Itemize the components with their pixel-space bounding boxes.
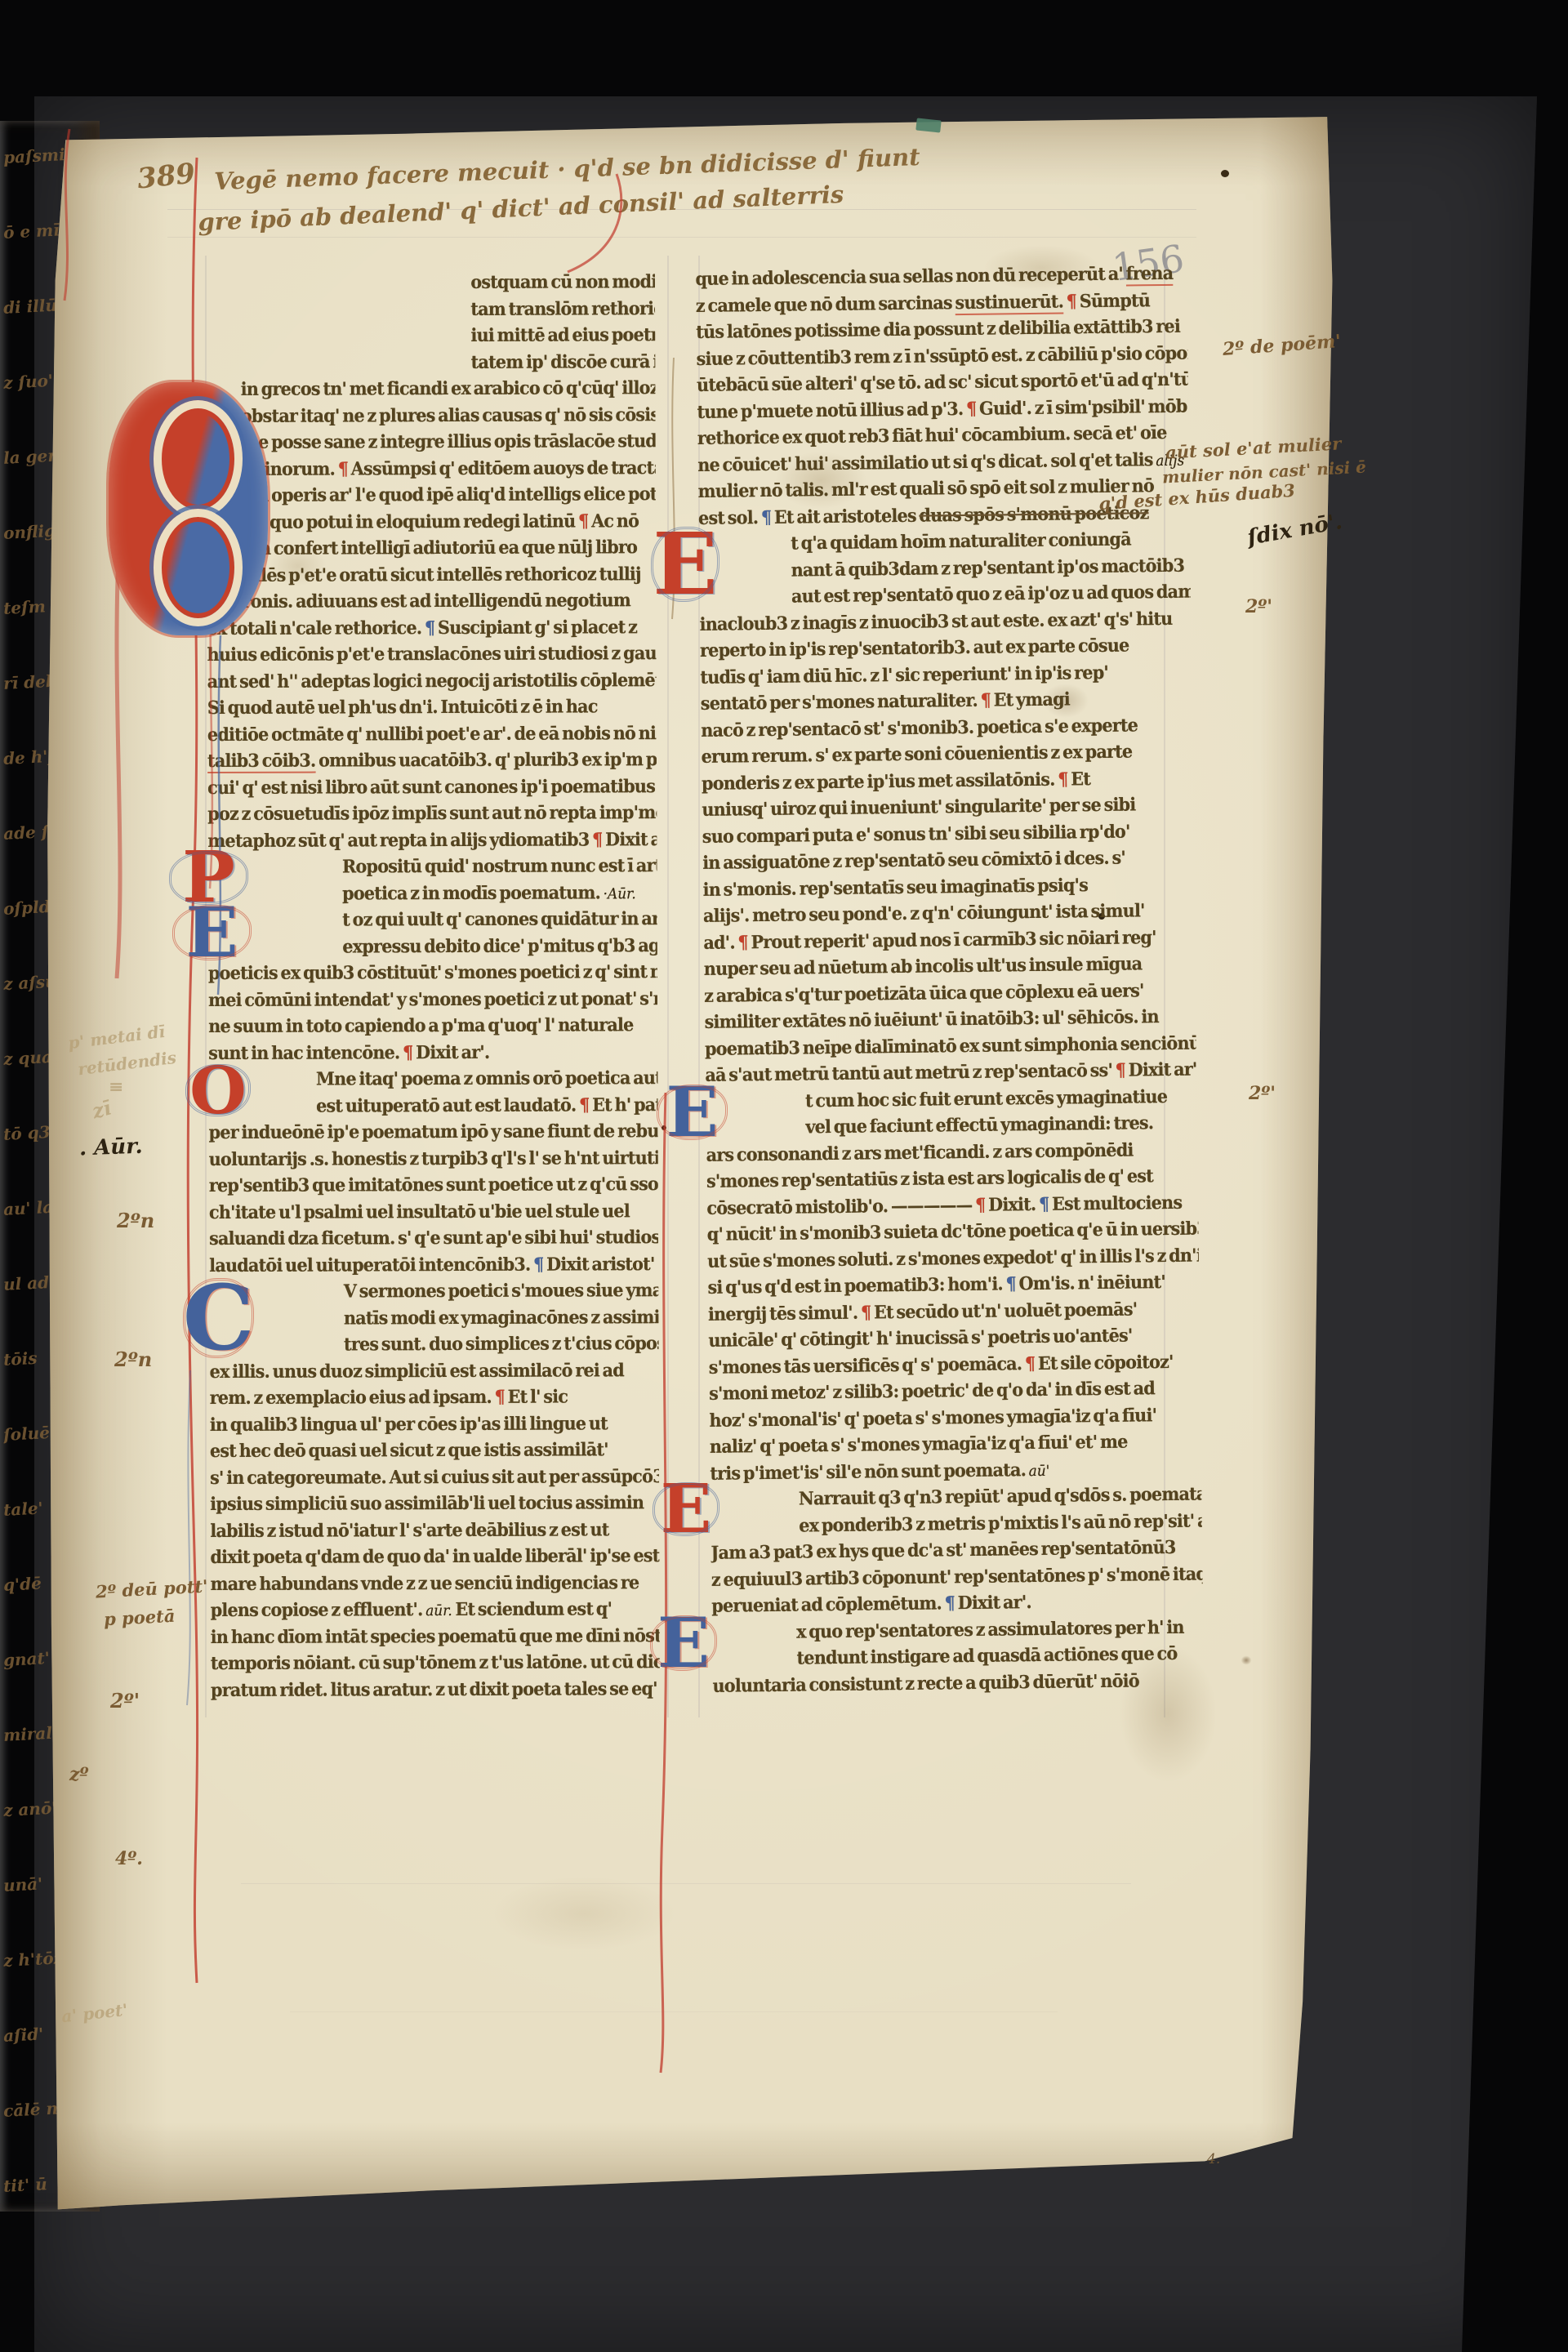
text-line: cui' q' est nisi libro aūt sunt canones … bbox=[207, 773, 657, 801]
text-segment: x quo rep'sentatores z assimulatores per… bbox=[796, 1616, 1184, 1642]
column-left: ostquam cū non modico labore consūmauita… bbox=[206, 269, 688, 1704]
text-segment: ne cōuicet' hui' assimilatio ut si q's d… bbox=[697, 449, 1156, 476]
text-line: V sermones poetici s'moues siue ymagi bbox=[209, 1277, 658, 1305]
text-segment: frena bbox=[1125, 263, 1173, 287]
pilcrow-mark: ¶ bbox=[425, 617, 435, 639]
text-segment: poetica z in modīs poematum. bbox=[342, 882, 604, 904]
text-segment: vel que faciunt effectū ymaginandi: tres… bbox=[805, 1112, 1153, 1138]
margin-note: 2º' bbox=[1249, 1083, 1276, 1104]
text-segment: rethorice ex quot reb3 fiāt hui' cōcambi… bbox=[697, 422, 1167, 449]
text-segment: Et ymagi bbox=[991, 688, 1070, 710]
text-line: per indueōnē ip'e poematum ipō y sane fi… bbox=[209, 1118, 658, 1146]
text-segment: rem. z exemplacio eius ad ipsam. bbox=[210, 1387, 495, 1409]
margin-note: p poetā bbox=[103, 1606, 176, 1630]
text-segment: hoz' s'monal'is' q' poeta s' s'mones yma… bbox=[709, 1405, 1156, 1432]
margin-note: zº bbox=[69, 1764, 89, 1785]
quire-number: 389 bbox=[136, 157, 197, 195]
text-line: Si quod autē uel ph'us dn'i. Intuicōti z… bbox=[207, 693, 657, 721]
text-segment: mulier nō talis. ml'r est quali sō spō e… bbox=[698, 475, 1155, 502]
text-line: ant sed' h'' adeptas logici negocij aris… bbox=[207, 667, 657, 695]
ruling-line bbox=[167, 237, 1196, 238]
text-segment: in hanc dīom intāt species poematū que m… bbox=[211, 1625, 660, 1648]
text-segment: ·Aūr. bbox=[604, 885, 636, 902]
text-segment: poematib3 neīpe dialīminatō ex sunt simp… bbox=[705, 1032, 1196, 1059]
text-segment: talib3 cōib3. bbox=[207, 751, 316, 773]
text-line: poetica z in modīs poematum. ·Aūr. bbox=[208, 880, 657, 907]
text-segment: poz z cōsuetudīs ipōz implīs sunt aut nō… bbox=[207, 802, 657, 825]
text-segment: Dixit. bbox=[985, 1193, 1039, 1215]
text-segment: Om'is. n' inēiunt' bbox=[1016, 1272, 1165, 1294]
text-segment: Dixit ar' bbox=[1125, 1059, 1196, 1081]
text-segment: Est multociens bbox=[1049, 1192, 1182, 1214]
text-segment: Et l' sic bbox=[505, 1386, 568, 1407]
text-line: ex totali n'cale rethorice. ¶ Suscipiant… bbox=[207, 614, 656, 642]
text-line: nullum confert intelligī adiutoriū ea qu… bbox=[207, 534, 656, 562]
text-segment: Dixit ar'. bbox=[955, 1592, 1031, 1614]
text-line: sunt in hac intencōne. ¶ Dixit ar'. bbox=[208, 1039, 657, 1067]
text-segment: natīs modi ex ymaginacōnes z assimilacōi… bbox=[344, 1306, 659, 1329]
text-line: est hec deō quasi uel sicut z que istis … bbox=[210, 1437, 659, 1464]
text-segment: s' in categoreumate. Aut si cuius sit au… bbox=[210, 1466, 659, 1489]
text-segment: Si quod autē uel ph'us dn'i. Intuicōti z… bbox=[207, 696, 598, 719]
text-segment: per indueōnē ip'e poematum ipō y sane fi… bbox=[209, 1120, 658, 1143]
text-segment: tūs latōnes potissime dia possunt z deli… bbox=[696, 316, 1180, 343]
pilcrow-mark: ¶ bbox=[1039, 1193, 1049, 1214]
pilcrow-mark: ¶ bbox=[966, 398, 977, 419]
text-segment: aūr. bbox=[425, 1602, 452, 1619]
text-line: rem. z exemplacio eius ad ipsam. ¶ Et l'… bbox=[210, 1383, 659, 1411]
ruling-line bbox=[241, 1883, 1131, 1884]
text-line: plens copiose z effluent'. aūr. Et scien… bbox=[211, 1596, 660, 1624]
text-segment: tune p'muete notū illius ad p'3. bbox=[697, 398, 966, 422]
text-segment: Ropositū quid' nostrum nunc est ī arte bbox=[342, 855, 657, 877]
text-segment: Dixit ar' bbox=[602, 829, 657, 850]
text-segment: similiter extātes nō iuēiunt' ū inatōib3… bbox=[704, 1006, 1159, 1033]
text-line: rep'sentib3 que imitatōnes sunt poetice … bbox=[209, 1171, 658, 1199]
margin-note: 4º. bbox=[115, 1848, 143, 1869]
text-line: expressu debito dice' p'mitus q'b3 agat … bbox=[208, 933, 657, 960]
text-segment: ne suum in toto capiendo a p'ma q'uoq' l… bbox=[208, 1014, 633, 1037]
text-segment: unicāle' q' cōtingit' h' inucissā s' poe… bbox=[708, 1325, 1132, 1352]
text-line: l' intellēs p'et'e oratū sicut intellēs … bbox=[207, 561, 656, 589]
text-line: poeticis ex quib3 cōstituūt' s'mones poe… bbox=[208, 959, 657, 987]
text-segment: ponderis z ex parte ip'ius met assilatōn… bbox=[702, 768, 1058, 794]
text-segment: sentatō per s'mones naturaliter. bbox=[701, 690, 981, 715]
text-segment: nacō z rep'sentacō st' s'monib3. poetica… bbox=[701, 715, 1138, 742]
text-segment: Sūmptū bbox=[1076, 290, 1150, 312]
text-line: tres sunt. duo simplices z t'cius cōposi… bbox=[209, 1330, 658, 1358]
text-segment: tris p'imet'is' sil'e nōn sunt poemata. bbox=[710, 1459, 1029, 1485]
text-line: iui mittē ad eius poetriā p' tn' uiam di… bbox=[206, 322, 655, 350]
text-segment: tam translōm rethorice aristotilis nolen… bbox=[470, 297, 655, 320]
text-segment: ipō z in quo potui in eloquium redegi la… bbox=[207, 510, 578, 533]
text-segment: obstar itaq' ne z plures alias causas q'… bbox=[241, 403, 656, 426]
text-segment: tendunt instigare ad quasdā actiōnes que… bbox=[796, 1643, 1177, 1669]
text-line: editiōe octmāte q' nullibi poet'e ar'. d… bbox=[207, 720, 657, 748]
text-segment: in s'monis. rep'sentatīs seu imaginatīs … bbox=[702, 875, 1088, 901]
text-segment: aū' bbox=[1029, 1462, 1050, 1479]
text-segment: Et ait aristoteles bbox=[771, 505, 919, 528]
text-segment: expressu debito dice' p'mitus q'b3 agat … bbox=[342, 934, 657, 957]
text-segment: aā s'aut metrū tantū aut metrū z rep'sen… bbox=[705, 1060, 1116, 1086]
text-segment: cui' q' est nisi libro aūt sunt canones … bbox=[207, 776, 655, 799]
text-segment: temporis nōiant. cū sup'tōnem z t'us lat… bbox=[211, 1651, 660, 1674]
bookmark-tab bbox=[915, 118, 941, 132]
text-line: ipō z in quo potui in eloquium redegi la… bbox=[207, 508, 656, 536]
pilcrow-mark: ¶ bbox=[578, 510, 589, 532]
text-line: tam translōm rethorice aristotilis nolen… bbox=[206, 296, 655, 323]
pilcrow-mark: ¶ bbox=[592, 829, 603, 850]
text-segment: iui mittē ad eius poetriā p' tn' uiam di… bbox=[470, 323, 655, 346]
text-segment: est sol. bbox=[698, 507, 761, 529]
text-segment: suo compari puta e' sonus tn' sibi seu s… bbox=[702, 821, 1130, 847]
text-segment: in grecos tn' met ficandi ex arabico cō … bbox=[241, 377, 656, 400]
text-segment: ciceronis. adiuuans est ad intelligendū … bbox=[207, 590, 630, 612]
text-segment: tres sunt. duo simplices z t'cius cōposi… bbox=[344, 1333, 659, 1356]
pilcrow-mark: ¶ bbox=[761, 506, 772, 528]
text-line: talib3 cōib3. omnibus uacatōib3. q' plur… bbox=[207, 746, 657, 774]
corner-mark: 4. bbox=[1207, 2151, 1220, 2167]
text-segment: ut sūe s'mones soluti. z s'mones expedot… bbox=[707, 1245, 1199, 1272]
text-segment: dei operis ar' l'e quod ipē aliq'd intel… bbox=[241, 483, 656, 506]
text-line: mare habundans vnde z z ue senciū indige… bbox=[210, 1570, 659, 1597]
text-segment: t oz qui uult q' canones quidātur in art… bbox=[342, 908, 657, 931]
text-segment: inergij tēs simul'. bbox=[708, 1302, 861, 1325]
text-segment: s'mones rep'sentatiūs z ista est ars log… bbox=[706, 1165, 1153, 1192]
text-segment: pratum ridet. litus aratur. z ut dixit p… bbox=[211, 1678, 657, 1701]
text-segment: uoluntarijs .s. honestis z turpib3 q'l's… bbox=[209, 1147, 658, 1169]
text-line: labilis z istud nō'iatur l' s'arte deābi… bbox=[210, 1517, 659, 1544]
text-segment: Mne itaq' poema z omnis orō poetica aut bbox=[316, 1067, 657, 1089]
pilcrow-mark: ¶ bbox=[579, 1094, 590, 1116]
text-line: temporis nōiant. cū sup'tōnem z t'us lat… bbox=[211, 1649, 660, 1677]
text-segment: Et sciendum est q' bbox=[452, 1598, 612, 1620]
text-line: latinorum. ¶ Assūmpsi q' editōem auoys d… bbox=[207, 455, 656, 483]
text-segment: ex totali n'cale rethorice. bbox=[207, 617, 425, 639]
text-segment: uniusq' uiroz qui inueniunt' singularite… bbox=[702, 794, 1135, 820]
text-segment: mei cōmūni intendat' y s'mones poetici z… bbox=[208, 988, 657, 1011]
text-segment: in qualib3 lingua ul' per cōes ip'as ill… bbox=[210, 1413, 608, 1436]
text-line: in qualib3 lingua ul' per cōes ip'as ill… bbox=[210, 1410, 659, 1438]
margin-note: 2º' bbox=[110, 1689, 140, 1713]
text-segment: l' intellēs p'et'e oratū sicut intellēs … bbox=[207, 563, 641, 586]
text-segment: Prout reperit' apud nos ī carmīb3 sic nō… bbox=[748, 927, 1156, 953]
text-segment: sunt in hac intencōne. bbox=[208, 1042, 403, 1064]
pilcrow-mark: ¶ bbox=[1116, 1060, 1126, 1081]
text-line: saluandi dza ficetum. s' q'e sunt ap'e s… bbox=[209, 1224, 658, 1252]
text-line: ch'itate u'l psalmi uel insultatō u'bie … bbox=[209, 1198, 658, 1226]
text-segment: sustinuerūt. bbox=[955, 291, 1063, 315]
text-segment: q' nūcit' in s'monib3 suieta dc'tōne poe… bbox=[707, 1218, 1199, 1245]
text-segment: in assiguatōne z rep'sentatō seu cōmixtō… bbox=[702, 848, 1125, 874]
text-segment: z camele que nō dum sarcinas bbox=[696, 292, 955, 317]
text-segment: s'moni metoz' z silib3: poetric' de q'o … bbox=[709, 1378, 1155, 1405]
text-line: obstar itaq' ne z plures alias causas q'… bbox=[207, 402, 656, 430]
text-segment: s'mones tās uersificēs q' s' poemāca. bbox=[709, 1353, 1025, 1379]
margin-note: 2ºn bbox=[114, 1347, 152, 1371]
text-line: pratum ridet. litus aratur. z ut dixit p… bbox=[211, 1676, 660, 1704]
pilcrow-mark: ¶ bbox=[495, 1387, 506, 1408]
text-segment: Dixit aristot' bbox=[543, 1254, 654, 1275]
pilcrow-mark: ¶ bbox=[944, 1592, 955, 1614]
pilcrow-mark: ¶ bbox=[1025, 1352, 1036, 1374]
pilcrow-mark: ¶ bbox=[1058, 768, 1068, 790]
text-segment: est uituperatō aut est laudatō. bbox=[316, 1094, 579, 1116]
text-segment: reperto in ip'is rep'sentatorib3. aut ex… bbox=[700, 635, 1129, 661]
text-segment: laudatōi uel uituperatōi intencōnib3. bbox=[209, 1254, 533, 1276]
text-line: ipsius simpliciū suo assimilāb'li uel to… bbox=[210, 1490, 659, 1517]
text-segment: naliz' q' poeta s' s'mones ymagīa'iz q'a… bbox=[710, 1432, 1128, 1458]
text-segment: aut est rep'sentatō quo z eā ip'oz u ad … bbox=[791, 581, 1191, 608]
text-segment: ad'. bbox=[703, 932, 737, 954]
text-segment: ex ponderib3 z metris p'mixtis l's aū nō… bbox=[799, 1509, 1202, 1536]
text-segment: editiōe octmāte q' nullibi poet'e ar'. d… bbox=[207, 723, 657, 746]
text-line: mei cōmūni intendat' y s'mones poetici z… bbox=[208, 986, 657, 1013]
text-segment: alijs'. metro seu pond'e. z q'n' cōiungu… bbox=[703, 900, 1145, 927]
pilcrow-mark: ¶ bbox=[861, 1302, 871, 1323]
text-segment: me posse sane z integre illius opis trās… bbox=[241, 430, 656, 453]
column-right: que in adolescencia sua sellas non dū re… bbox=[695, 260, 1235, 1699]
text-segment: Ac nō bbox=[588, 510, 639, 532]
text-line: ostquam cū non modico labore consūmaui bbox=[206, 269, 655, 296]
text-segment: siue z cōuttentib3 rem z ī n'ssūptō est.… bbox=[697, 342, 1188, 370]
text-segment: t q'a quidam hoīm naturaliter coniungā bbox=[791, 528, 1131, 554]
text-segment: Dixit ar'. bbox=[412, 1041, 489, 1062]
text-segment: z equiuul3 artib3 cōponunt' rep'sentatōn… bbox=[711, 1563, 1203, 1591]
pilcrow-mark: ¶ bbox=[1005, 1273, 1016, 1294]
text-segment: t cum hoc sic fuit erunt excēs ymaginati… bbox=[805, 1085, 1167, 1111]
text-segment: nant ā quib3dam z rep'sentant ip'os mact… bbox=[791, 555, 1184, 581]
text-segment: ant sed' h'' adeptas logici negocij aris… bbox=[207, 670, 657, 693]
text-segment: Guid'. z ī sim'psibil' mōb'o bbox=[976, 395, 1188, 419]
text-line: s' in categoreumate. Aut si cuius sit au… bbox=[210, 1463, 659, 1491]
text-segment: V sermones poetici s'moues siue ymagi bbox=[344, 1280, 659, 1302]
text-line: natīs modi ex ymaginacōnes z assimilacōi… bbox=[209, 1304, 658, 1332]
pilcrow-mark: ¶ bbox=[737, 932, 748, 953]
text-line: ne suum in toto capiendo a p'ma q'uoq' l… bbox=[208, 1012, 657, 1040]
text-line: laudatōi uel uituperatōi intencōnib3. ¶ … bbox=[209, 1251, 658, 1279]
text-segment: est hec deō quasi uel sicut z que istis … bbox=[210, 1439, 608, 1462]
text-line: Mne itaq' poema z omnis orō poetica aut bbox=[208, 1065, 657, 1093]
text-segment: tatem ip' discōe curā in modū intelligen… bbox=[471, 350, 656, 373]
text-segment: mare habundans vnde z z ue senciū indige… bbox=[211, 1572, 639, 1595]
pilcrow-mark: ¶ bbox=[533, 1254, 544, 1275]
text-segment: uoluntaria consistunt z recte a quib3 dū… bbox=[712, 1670, 1139, 1696]
text-segment: si q'us q'd est in poematib3: hom'i. bbox=[707, 1273, 1005, 1298]
manuscript-page: 389 Vegē nemo facere mecuit · q'd se bn … bbox=[45, 113, 1334, 2212]
text-segment: saluandi dza ficetum. s' q'e sunt ap'e s… bbox=[209, 1227, 658, 1249]
text-segment: tudīs q' iam diū hīc. z l' sic reperiunt… bbox=[700, 661, 1108, 688]
text-segment: z arabica s'q'tur poetizāta ūica que cōp… bbox=[704, 980, 1144, 1007]
text-segment: metaphoz sūt q' aut repta in alijs ydiom… bbox=[207, 829, 592, 852]
text-segment: poeticis ex quib3 cōstituūt' s'mones poe… bbox=[208, 961, 657, 984]
text-segment: labilis z istud nō'iatur l' s'arte deābi… bbox=[210, 1519, 608, 1542]
text-line: dei operis ar' l'e quod ipē aliq'd intel… bbox=[207, 481, 656, 509]
text-line: ex illis. unus duoz simpliciū est assimi… bbox=[210, 1357, 659, 1385]
text-segment: nullum confert intelligī adiutoriū ea qu… bbox=[207, 537, 637, 559]
text-segment: Et bbox=[1067, 768, 1090, 790]
text-line: ciceronis. adiuuans est ad intelligendū … bbox=[207, 587, 656, 615]
text-segment: omnibus uacatōib3. q' plurib3 ex ip'm ph… bbox=[315, 749, 657, 772]
text-segment: Et h' pat3 bbox=[589, 1094, 657, 1116]
text-line: metaphoz sūt q' aut repta in alijs ydiom… bbox=[207, 826, 657, 854]
pilcrow-mark: ¶ bbox=[1067, 291, 1077, 312]
text-segment: huius edicōnis p'et'e translacōnes uiri … bbox=[207, 643, 657, 666]
text-segment: ostquam cū non modico labore consūmaui bbox=[470, 270, 655, 293]
text-segment: perueniat ad cōplemētum. bbox=[711, 1592, 945, 1616]
text-line: poz z cōsuetudīs ipōz implīs sunt aut nō… bbox=[207, 800, 657, 827]
text-segment: Et secūdo ut'n' uoluēt poemās' bbox=[871, 1298, 1137, 1323]
pilcrow-mark: ¶ bbox=[338, 458, 349, 479]
text-segment: latinorum. bbox=[241, 458, 338, 479]
margin-note: 2ºn bbox=[117, 1209, 154, 1232]
text-line: me posse sane z integre illius opis trās… bbox=[207, 428, 656, 456]
margin-note: ≡ bbox=[109, 1076, 123, 1098]
text-segment: cōsecratō mistolib'o. ————— bbox=[706, 1194, 975, 1218]
text-line: huius edicōnis p'et'e translacōnes uiri … bbox=[207, 640, 657, 668]
text-line: Ropositū quid' nostrum nunc est ī arte bbox=[207, 853, 657, 880]
pilcrow-mark: ¶ bbox=[980, 690, 991, 711]
text-segment: rep'sentib3 que imitatōnes sunt poetice … bbox=[209, 1174, 658, 1196]
text-segment: Jam a3 pat3 ex hys que dc'a st' manēes r… bbox=[710, 1537, 1175, 1564]
ruling-line bbox=[290, 2011, 1058, 2012]
text-segment: inacloub3 z inagīs z inuocib3 st aut est… bbox=[700, 608, 1173, 635]
text-segment: ipsius simpliciū suo assimilāb'li uel to… bbox=[210, 1492, 644, 1515]
text-segment: que in adolescencia sua sellas non dū re… bbox=[695, 264, 1125, 290]
text-line: uoluntarijs .s. honestis z turpib3 q'l's… bbox=[209, 1145, 658, 1173]
text-line: in grecos tn' met ficandi ex arabico cō … bbox=[206, 375, 655, 403]
text-segment: plens copiose z effluent'. bbox=[211, 1599, 426, 1621]
text-line: t oz qui uult q' canones quidātur in art… bbox=[208, 906, 657, 933]
text-segment: Et sile cōpoitoz' bbox=[1035, 1351, 1174, 1374]
text-segment: Suscipiant g' si placet z bbox=[434, 617, 637, 639]
text-segment: Narrauit q3 q'n3 repiūt' apud q'sdōs s. … bbox=[799, 1483, 1202, 1509]
text-line: dixit poeta q'dam de quo da' in ualde li… bbox=[210, 1543, 659, 1570]
text-segment: ūtebācū sūe alteri' q'se tō. ad sc' sicu… bbox=[697, 369, 1188, 396]
text-segment: Assūmpsi q' editōem auoys de tracta bbox=[348, 457, 656, 479]
text-line: est uituperatō aut est laudatō. ¶ Et h' … bbox=[208, 1092, 657, 1120]
pilcrow-mark: ¶ bbox=[403, 1042, 413, 1063]
text-segment: erum rerum. s' ex parte soni cōuenientis… bbox=[701, 741, 1132, 767]
text-segment: nuper seu ad nūetum ab incolis ult'us in… bbox=[704, 953, 1143, 980]
margin-note: . Aūr. bbox=[79, 1134, 144, 1161]
text-segment: dixit poeta q'dam de quo da' in ualde li… bbox=[210, 1545, 659, 1568]
text-line: in hanc dīom intāt species poematū que m… bbox=[211, 1623, 660, 1650]
manuscript-photo: paſsmiō e mīdi illūz ſuo'la geroonflig'd… bbox=[0, 0, 1568, 2352]
text-line: tatem ip' discōe curā in modū intelligen… bbox=[206, 349, 655, 376]
text-segment: ex illis. unus duoz simpliciū est assimi… bbox=[210, 1360, 624, 1383]
text-segment: ars consonandi z ars met'ficandi. z ars … bbox=[706, 1139, 1133, 1165]
margin-note: 2º' bbox=[1245, 596, 1272, 617]
pilcrow-mark: ¶ bbox=[975, 1194, 986, 1215]
text-segment: ch'itate u'l psalmi uel insultatō u'bie … bbox=[209, 1200, 630, 1223]
